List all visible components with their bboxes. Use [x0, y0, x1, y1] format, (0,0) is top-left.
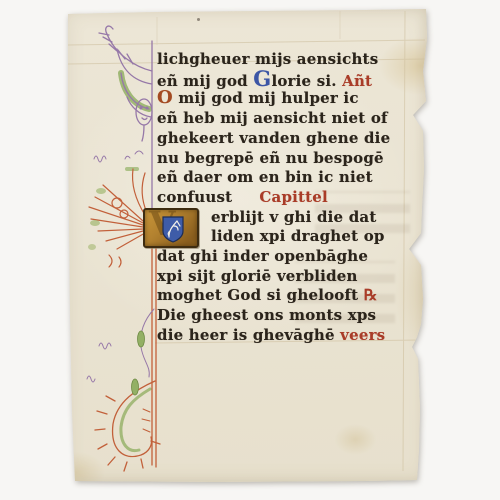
manuscript-text-line: eñ mij god Glorie si. Añt	[157, 69, 372, 89]
manuscript-text-line: erblijt v ghi die dat	[211, 207, 376, 227]
manuscript-text: erblijt v ghi die dat	[211, 208, 376, 226]
manuscript-text: confuust	[157, 188, 259, 206]
manuscript-text-line: confuust Capittel	[157, 187, 328, 207]
rubric-text: veers	[340, 326, 385, 344]
manuscript-text: mij god mij hulper ic	[173, 89, 359, 107]
text-block: lichgheuer mijs aensichtseñ mij god Glor…	[65, 9, 428, 482]
manuscript-text-line: ghekeert vanden ghene die	[157, 128, 390, 148]
manuscript-text: nu begrepē eñ nu bespogē	[157, 149, 384, 167]
manuscript-text: liden xpi draghet op	[211, 227, 385, 245]
manuscript-text: eñ daer om en bin ic niet	[157, 168, 373, 186]
manuscript-text-line: xpi sijt gloriē verbliden	[157, 266, 358, 286]
manuscript-text-line: nu begrepē eñ nu bespogē	[157, 148, 384, 168]
rubric-text: Capittel	[259, 188, 328, 206]
manuscript-text: ghekeert vanden ghene die	[157, 129, 390, 147]
manuscript-text-line: eñ daer om en bin ic niet	[157, 167, 373, 187]
manuscript-text: moghet God si ghelooft	[157, 286, 364, 304]
manuscript-text-line: Die gheest ons monts xps	[157, 305, 376, 325]
manuscript-leaf-wrap: V lichgheuer mijs aensichtseñ mij god Gl…	[65, 9, 428, 482]
manuscript-text: dat ghi inder openbāghe	[157, 247, 368, 265]
manuscript-leaf: V lichgheuer mijs aensichtseñ mij god Gl…	[65, 9, 428, 482]
manuscript-text: eñ heb mij aensicht niet of	[157, 109, 388, 127]
manuscript-text-line: eñ heb mij aensicht niet of	[157, 108, 388, 128]
manuscript-text-line: O mij god mij hulper ic	[157, 88, 359, 108]
rubric-text: ℞	[364, 286, 378, 304]
manuscript-text: O	[157, 87, 173, 108]
manuscript-text-line: moghet God si ghelooft ℞	[157, 285, 377, 305]
manuscript-text: Die gheest ons monts xps	[157, 306, 376, 324]
manuscript-text-line: die heer is ghevāghē veers	[157, 325, 385, 345]
manuscript-photo: V lichgheuer mijs aensichtseñ mij god Gl…	[0, 0, 500, 500]
manuscript-text: die heer is ghevāghē	[157, 326, 340, 344]
manuscript-text-line: dat ghi inder openbāghe	[157, 246, 368, 266]
manuscript-text: xpi sijt gloriē verbliden	[157, 267, 358, 285]
manuscript-text-line: liden xpi draghet op	[211, 226, 385, 246]
